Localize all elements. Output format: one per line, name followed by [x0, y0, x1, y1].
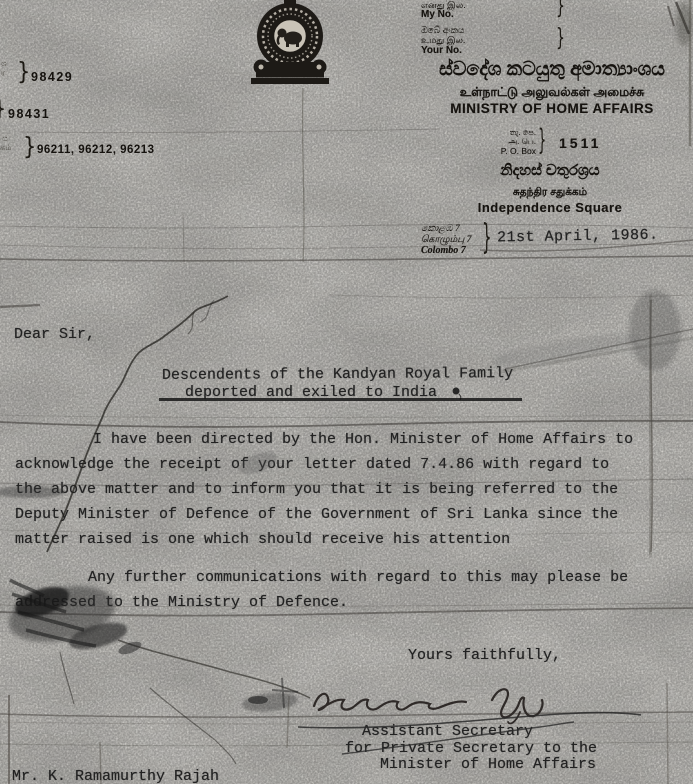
letter-date: 21st April, 1986.	[497, 227, 659, 247]
subject-underline	[159, 398, 522, 401]
address-sinhala: නිදහස් චතුරශ්‍රය	[430, 162, 670, 179]
signer-title: Minister of Home Affairs	[380, 756, 596, 773]
po-box-number: 1511	[559, 135, 601, 151]
body-line: matter raised is one which should receiv…	[15, 531, 510, 548]
corner-tear-marks	[668, 2, 689, 34]
body-line: Any further communications with regard t…	[88, 569, 628, 586]
body-line: I have been directed by the Hon. Ministe…	[93, 431, 633, 448]
my-no-label-english: My No.	[421, 9, 454, 20]
body-line: Deputy Minister of Defence of the Govern…	[15, 506, 618, 523]
address-english: Independence Square	[430, 200, 670, 215]
city-english: Colombo 7	[421, 245, 466, 256]
body-line: addressed to the Ministry of Defence.	[15, 594, 348, 611]
address-tamil: சுதந்திர சதுக்கம்	[430, 186, 670, 199]
brace: }	[538, 127, 546, 156]
po-box-label-english: P. O. Box	[478, 146, 536, 156]
phone-number: 98431	[8, 107, 50, 121]
ministry-title-sinhala: ස්වදේශ කටයුතු අමාත්‍යාංශය	[408, 59, 693, 81]
city-sinhala: කොළඹ 7	[421, 223, 460, 234]
national-emblem-icon	[251, 0, 329, 84]
brace: }	[556, 27, 565, 51]
signature-scribble	[314, 689, 543, 723]
emblem-lion-figure	[277, 29, 302, 48]
body-line: the above matter and to inform you that …	[15, 481, 618, 498]
brace: }	[482, 221, 492, 256]
phone-number: 96211, 96212, 96213	[37, 144, 155, 156]
ministry-title-tamil: உள்நாட்டு அலுவல்கள் அமைச்சு	[408, 85, 693, 101]
signer-title: Assistant Secretary	[362, 723, 533, 740]
signer-title: for Private Secretary to the	[345, 740, 597, 757]
ink-blob	[4, 577, 143, 656]
your-no-label-english: Your No.	[421, 45, 462, 56]
brace: }	[23, 135, 36, 159]
brace: }	[0, 97, 6, 121]
brace: }	[17, 60, 30, 84]
phone-number: 98428	[0, 33, 37, 47]
subject-line: Descendents of the Kandyan Royal Family	[162, 365, 513, 384]
body-line: acknowledge the receipt of your letter d…	[15, 456, 609, 473]
phone-label-fragment-tamil: ர	[1, 68, 5, 78]
brace: }	[556, 0, 565, 19]
addressee: Mr. K. Ramamurthy Rajah	[12, 768, 219, 784]
scanned-letter-page: 98428 ශ ர } 98429 } 98431 ය கம் } 96211,…	[0, 0, 693, 784]
salutation: Dear Sir,	[14, 326, 95, 343]
phone-number: 98429	[31, 70, 73, 84]
closing: Yours faithfully,	[408, 647, 561, 664]
phone-label-fragment-tamil: கம்	[0, 143, 12, 153]
ministry-title-english: MINISTRY OF HOME AFFAIRS	[408, 101, 693, 116]
smudge-bottom-centre	[241, 678, 299, 714]
